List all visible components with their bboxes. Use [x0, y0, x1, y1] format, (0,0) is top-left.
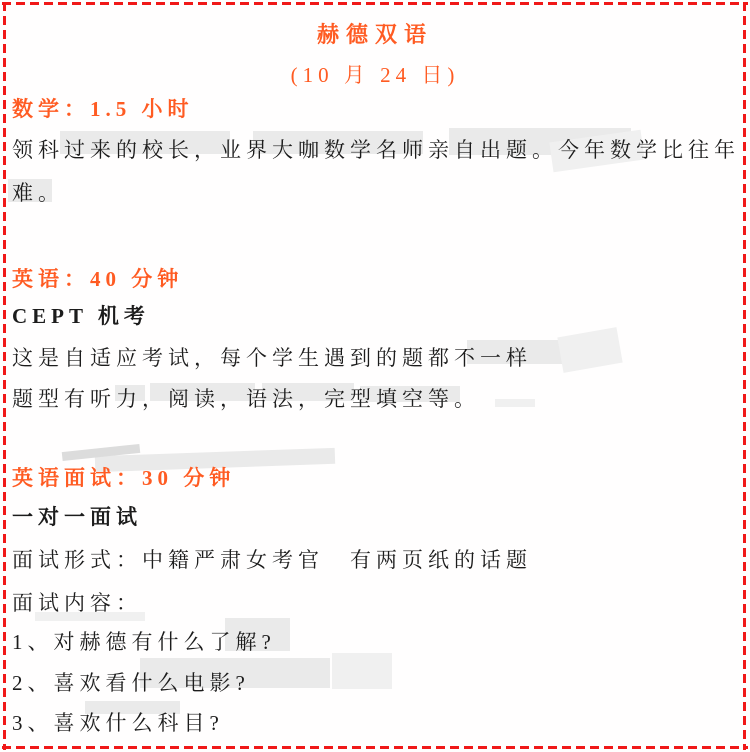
- interview-subheading: 一对一面试: [12, 504, 738, 530]
- english-subheading: CEPT 机考: [12, 303, 738, 329]
- document-page: 赫德双语 (10 月 24 日) 数学：1.5 小时 领科过来的校长，业界大咖数…: [0, 0, 750, 752]
- page-border-top: [2, 2, 748, 5]
- document-content: 赫德双语 (10 月 24 日) 数学：1.5 小时 领科过来的校长，业界大咖数…: [0, 0, 750, 752]
- english-section-heading: 英语：40 分钟: [12, 266, 738, 292]
- interview-section-heading: 英语面试：30 分钟: [12, 465, 738, 491]
- date-line: (10 月 24 日): [12, 62, 738, 88]
- math-paragraph-line-2: 难。: [12, 180, 738, 206]
- interview-question-2: 2、喜欢看什么电影?: [12, 670, 738, 696]
- interview-question-1: 1、对赫德有什么了解?: [12, 629, 738, 655]
- page-border-right: [743, 2, 746, 750]
- math-section-heading: 数学：1.5 小时: [12, 96, 738, 122]
- english-paragraph-line-2: 题型有听力，阅读，语法，完型填空等。: [12, 386, 738, 412]
- english-paragraph-line-1: 这是自适应考试，每个学生遇到的题都不一样: [12, 345, 738, 371]
- math-paragraph-line-1: 领科过来的校长，业界大咖数学名师亲自出题。今年数学比往年: [12, 137, 738, 163]
- page-border-bottom: [2, 746, 748, 749]
- interview-format-line: 面试形式：中籍严肃女考官 有两页纸的话题: [12, 547, 738, 573]
- page-border-left: [3, 2, 6, 750]
- interview-question-3: 3、喜欢什么科目?: [12, 710, 738, 736]
- page-title: 赫德双语: [12, 22, 738, 48]
- interview-content-label: 面试内容：: [12, 590, 738, 616]
